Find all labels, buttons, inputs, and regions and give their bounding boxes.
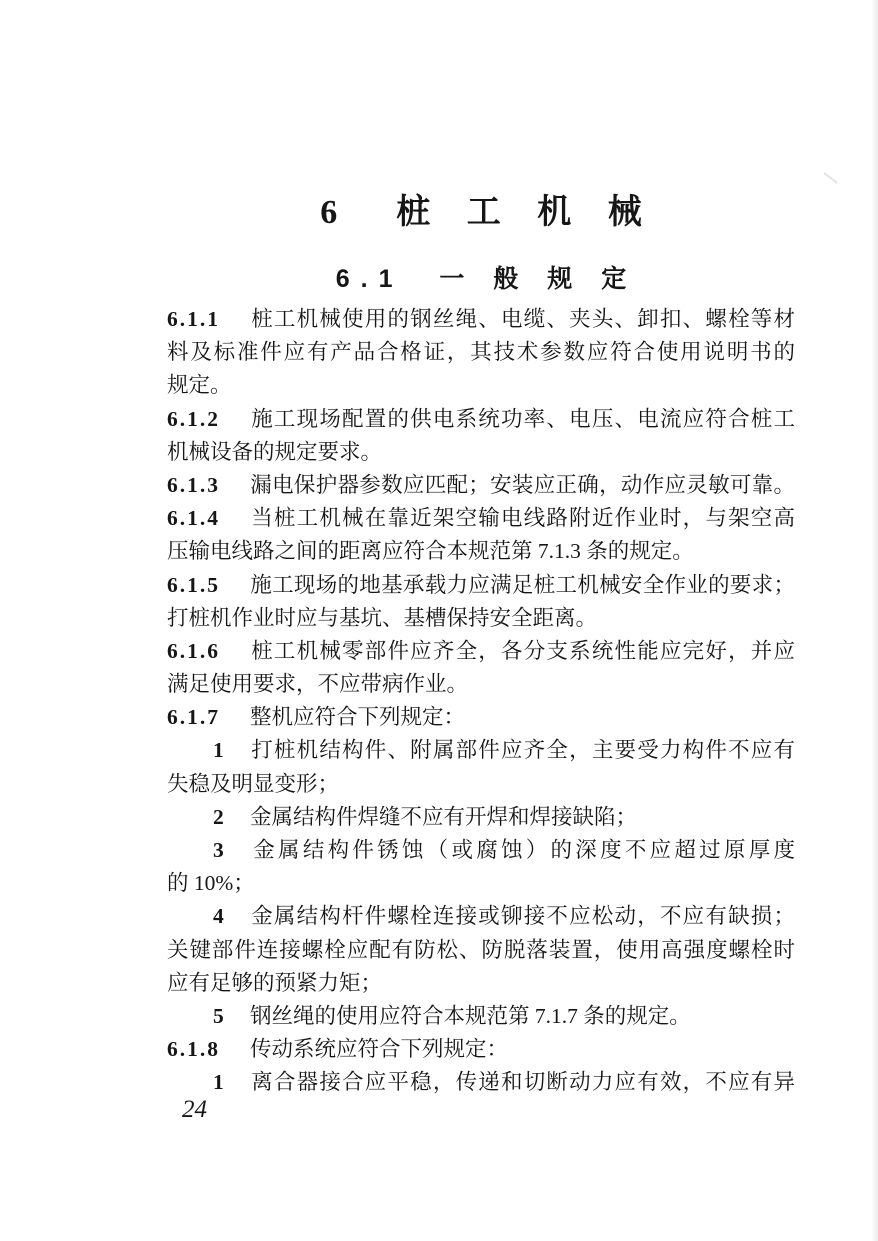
line-text: 漏电保护器参数应匹配；安装应正确，动作应灵敏可靠。 <box>250 473 795 497</box>
document-page: 6 桩 工 机 械 6.1 一 般 规 定 6.1.1桩工机械使用的钢丝绳、电缆… <box>0 0 878 1241</box>
text-line: 应有足够的预紧力矩； <box>167 967 795 1000</box>
line-text: 钢丝绳的使用应符合本规范第 7.1.7 条的规定。 <box>250 1004 691 1028</box>
chapter-title: 6 桩 工 机 械 <box>167 184 795 233</box>
item-number: 4 <box>213 900 250 933</box>
text-line: 关键部件连接螺栓应配有防松、防脱落装置，使用高强度螺栓时 <box>167 934 795 967</box>
line-text: 金属结构杆件螺栓连接或铆接不应松动，不应有缺损； <box>250 904 795 928</box>
line-text: 满足使用要求，不应带病作业。 <box>167 672 468 696</box>
text-line: 1打桩机结构件、附属部件应齐全，主要受力构件不应有 <box>167 734 795 767</box>
line-text: 整机应符合下列规定： <box>250 705 465 729</box>
line-text: 离合器接合应平稳，传递和切断动力应有效，不应有异 <box>250 1070 795 1094</box>
page-number: 24 <box>182 1096 207 1124</box>
line-text: 金属结构件锈蚀（或腐蚀）的深度不应超过原厚度 <box>250 838 795 862</box>
line-text: 施工现场配置的供电系统功率、电压、电流应符合桩工 <box>250 407 795 431</box>
line-text: 金属结构件焊缝不应有开焊和焊接缺陷； <box>250 805 637 829</box>
clause-number: 6.1.2 <box>167 403 250 436</box>
document-body: 6.1.1桩工机械使用的钢丝绳、电缆、夹头、卸扣、螺栓等材 料及标准件应有产品合… <box>167 303 795 1100</box>
line-text: 打桩机作业时应与基坑、基槽保持安全距离。 <box>167 606 597 630</box>
line-text: 规定。 <box>167 373 232 397</box>
text-line: 6.1.5施工现场的地基承载力应满足桩工机械安全作业的要求； <box>167 569 795 602</box>
line-text: 的 10%； <box>167 871 255 895</box>
item-number: 5 <box>213 1000 250 1033</box>
line-text: 机械设备的规定要求。 <box>167 440 382 464</box>
clause-number: 6.1.5 <box>167 569 250 602</box>
text-line: 料及标准件应有产品合格证，其技术参数应符合使用说明书的 <box>167 336 795 369</box>
item-number: 3 <box>213 834 250 867</box>
item-number: 1 <box>213 1066 250 1099</box>
line-text: 压输电线路之间的距离应符合本规范第 7.1.3 条的规定。 <box>167 539 694 563</box>
clause-number: 6.1.8 <box>167 1033 250 1066</box>
item-number: 2 <box>213 801 250 834</box>
text-line: 压输电线路之间的距离应符合本规范第 7.1.3 条的规定。 <box>167 535 795 568</box>
scan-artifact-mark <box>823 172 838 184</box>
text-line: 5钢丝绳的使用应符合本规范第 7.1.7 条的规定。 <box>167 1000 795 1033</box>
line-text: 料及标准件应有产品合格证，其技术参数应符合使用说明书的 <box>167 340 795 364</box>
text-line: 2金属结构件焊缝不应有开焊和焊接缺陷； <box>167 801 795 834</box>
text-line: 1离合器接合应平稳，传递和切断动力应有效，不应有异 <box>167 1066 795 1099</box>
text-line: 6.1.6桩工机械零部件应齐全，各分支系统性能应完好，并应 <box>167 635 795 668</box>
line-text: 失稳及明显变形； <box>167 772 339 796</box>
scan-edge-shade <box>871 0 878 1241</box>
text-line: 3金属结构件锈蚀（或腐蚀）的深度不应超过原厚度 <box>167 834 795 867</box>
text-line: 6.1.7整机应符合下列规定： <box>167 701 795 734</box>
text-line: 6.1.3漏电保护器参数应匹配；安装应正确，动作应灵敏可靠。 <box>167 469 795 502</box>
clause-number: 6.1.6 <box>167 635 250 668</box>
clause-number: 6.1.1 <box>167 303 250 336</box>
text-line: 失稳及明显变形； <box>167 768 795 801</box>
text-line: 规定。 <box>167 369 795 402</box>
text-line: 6.1.2施工现场配置的供电系统功率、电压、电流应符合桩工 <box>167 403 795 436</box>
line-text: 传动系统应符合下列规定： <box>250 1037 508 1061</box>
clause-number: 6.1.3 <box>167 469 250 502</box>
text-line: 满足使用要求，不应带病作业。 <box>167 668 795 701</box>
text-line: 6.1.1桩工机械使用的钢丝绳、电缆、夹头、卸扣、螺栓等材 <box>167 303 795 336</box>
line-text: 应有足够的预紧力矩； <box>167 971 382 995</box>
item-number: 1 <box>213 734 250 767</box>
clause-number: 6.1.4 <box>167 502 250 535</box>
clause-number: 6.1.7 <box>167 701 250 734</box>
text-line: 6.1.4当桩工机械在靠近架空输电线路附近作业时，与架空高 <box>167 502 795 535</box>
text-line: 机械设备的规定要求。 <box>167 436 795 469</box>
section-title: 6.1 一 般 规 定 <box>167 259 795 295</box>
line-text: 桩工机械使用的钢丝绳、电缆、夹头、卸扣、螺栓等材 <box>250 307 795 331</box>
line-text: 施工现场的地基承载力应满足桩工机械安全作业的要求； <box>250 573 795 597</box>
text-line: 打桩机作业时应与基坑、基槽保持安全距离。 <box>167 602 795 635</box>
text-line: 4金属结构杆件螺栓连接或铆接不应松动，不应有缺损； <box>167 900 795 933</box>
line-text: 打桩机结构件、附属部件应齐全，主要受力构件不应有 <box>250 738 795 762</box>
text-line: 的 10%； <box>167 867 795 900</box>
line-text: 桩工机械零部件应齐全，各分支系统性能应完好，并应 <box>250 639 795 663</box>
line-text: 当桩工机械在靠近架空输电线路附近作业时，与架空高 <box>250 506 795 530</box>
text-line: 6.1.8传动系统应符合下列规定： <box>167 1033 795 1066</box>
line-text: 关键部件连接螺栓应配有防松、防脱落装置，使用高强度螺栓时 <box>167 938 795 962</box>
